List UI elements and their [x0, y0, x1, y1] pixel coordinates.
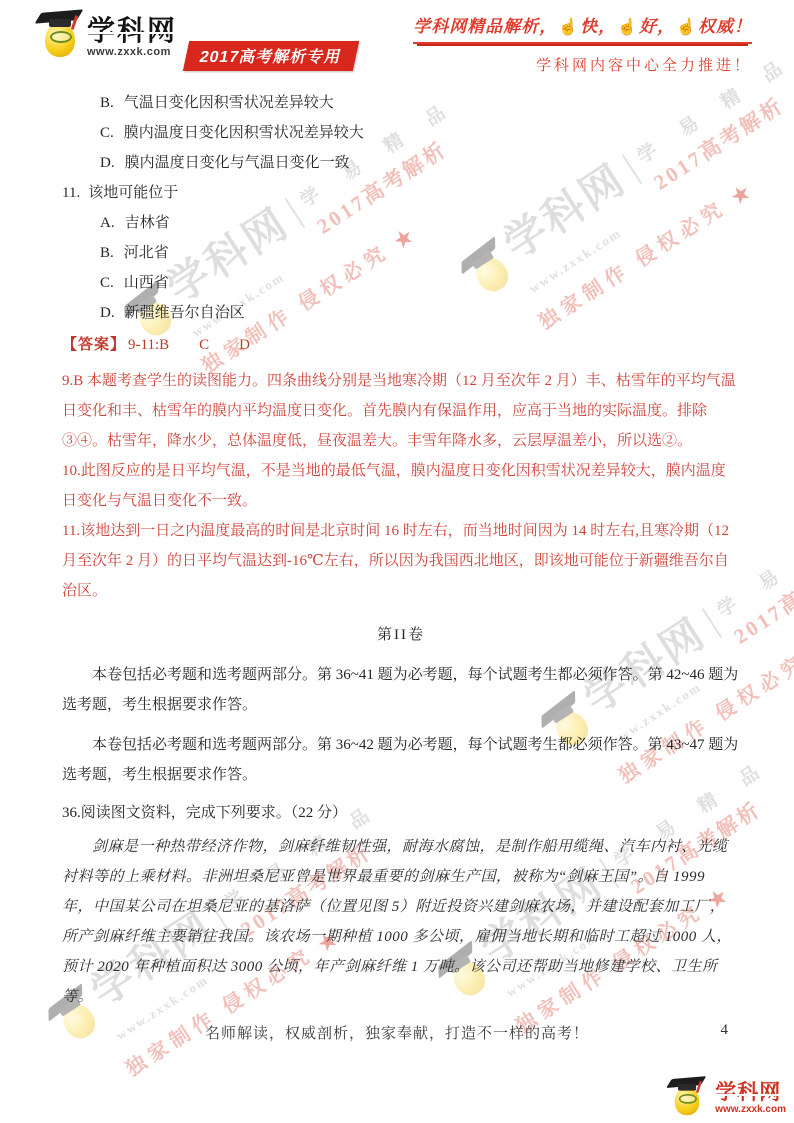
question-number: 11. — [62, 185, 80, 201]
slogan-main: 学科网精品解析，☝快，☝好，☝权威！ — [413, 12, 752, 44]
analysis-q10: 10.此图反应的是日平均气温，不是当地的最低气温，膜内温度日变化因积雪状况差异较… — [62, 456, 740, 516]
option-row: C.山西省 — [62, 268, 740, 298]
slogan-item: 好， — [639, 17, 675, 36]
option-text: 吉林省 — [125, 215, 170, 231]
site-name: 学科网 — [715, 1082, 786, 1104]
option-label: A. — [100, 215, 115, 231]
option-row: A.吉林省 — [62, 208, 740, 238]
analysis-block: 9.B 本题考查学生的读图能力。四条曲线分别是当地寒冷期（12 月至次年 2 月… — [62, 366, 740, 606]
option-label: B. — [100, 95, 114, 111]
option-text: 气温日变化因积雪状况差异较大 — [124, 95, 334, 111]
site-logo: 学科网 www.zxxk.com — [38, 6, 177, 64]
option-text: 膜内温度日变化与气温日变化一致 — [125, 155, 350, 171]
slogan-prefix: 学科网精品解析， — [413, 17, 557, 36]
option-label: B. — [100, 245, 114, 261]
section-2-instructions-2: 本卷包括必考题和选考题两部分。第 36~42 题为必考题，每个试题考生都必须作答… — [62, 730, 740, 790]
question-text: 该地可能位于 — [88, 185, 178, 201]
header-slogan: 学科网精品解析，☝快，☝好，☝权威！ 学科网内容中心全力推进！ — [413, 12, 752, 75]
site-url: www.zxxk.com — [87, 46, 177, 58]
slogan-item: 快， — [580, 17, 616, 36]
question-36-heading: 36.阅读图文资料，完成下列要求。（22 分） — [62, 798, 740, 828]
option-label: D. — [100, 305, 115, 321]
option-row: C.膜内温度日变化因积雪状况差异较大 — [62, 118, 740, 148]
answer-tag: 【答案】 — [62, 337, 126, 353]
answer-value: 9-11:B C D — [128, 337, 250, 353]
option-text: 山西省 — [124, 275, 169, 291]
question-11-stem: 11.该地可能位于 — [62, 178, 740, 208]
slogan-sub: 学科网内容中心全力推进！ — [413, 54, 752, 75]
section-2-title: 第II卷 — [62, 620, 740, 650]
option-label: C. — [100, 275, 114, 291]
footer-slogan: 名师解读，权威剖析，独家奉献，打造不一样的高考！ — [0, 1022, 794, 1043]
thumb-up-icon: ☝ — [617, 19, 638, 36]
page-header: 学科网 www.zxxk.com 2017高考解析专用 学科网精品解析，☝快，☝… — [38, 6, 752, 82]
option-label: D. — [100, 155, 115, 171]
option-text: 膜内温度日变化因积雪状况差异较大 — [124, 125, 364, 141]
analysis-q11: 11.该地达到一日之内温度最高的时间是北京时间 16 时左右，而当地时间因为 1… — [62, 516, 740, 606]
exam-page: 学科网 | 学 易 精 品 2017高考解析 www.zxxk.com 独家制作… — [0, 0, 794, 1123]
thumb-up-icon: ☝ — [676, 19, 697, 36]
site-name: 学科网 — [87, 16, 177, 46]
mascot-icon — [669, 1073, 705, 1121]
option-row: B.河北省 — [62, 238, 740, 268]
option-row: D.膜内温度日变化与气温日变化一致 — [62, 148, 740, 178]
option-row: B.气温日变化因积雪状况差异较大 — [62, 88, 740, 118]
section-2-instructions-1: 本卷包括必考题和选考题两部分。第 36~41 题为必考题，每个试题考生都必须作答… — [62, 660, 740, 720]
option-text: 河北省 — [124, 245, 169, 261]
answer-line: 【答案】9-11:B C D — [62, 330, 740, 360]
page-number: 4 — [721, 1022, 729, 1039]
option-row: D.新疆维吾尔自治区 — [62, 298, 740, 328]
footer-logo: 学科网 www.zxxk.com — [669, 1063, 786, 1121]
option-label: C. — [100, 125, 114, 141]
exam-content: B.气温日变化因积雪状况差异较大 C.膜内温度日变化因积雪状况差异较大 D.膜内… — [62, 88, 740, 1012]
option-text: 新疆维吾尔自治区 — [125, 305, 245, 321]
question-36-passage: 剑麻是一种热带经济作物，剑麻纤维韧性强，耐海水腐蚀，是制作船用缆绳、汽车内衬、光… — [62, 832, 740, 1012]
site-url: www.zxxk.com — [715, 1104, 786, 1115]
slogan-item: 权威！ — [698, 17, 752, 36]
mascot-icon — [38, 6, 82, 64]
edition-banner: 2017高考解析专用 — [183, 41, 359, 71]
thumb-up-icon: ☝ — [558, 19, 579, 36]
analysis-q9: 9.B 本题考查学生的读图能力。四条曲线分别是当地寒冷期（12 月至次年 2 月… — [62, 366, 740, 456]
